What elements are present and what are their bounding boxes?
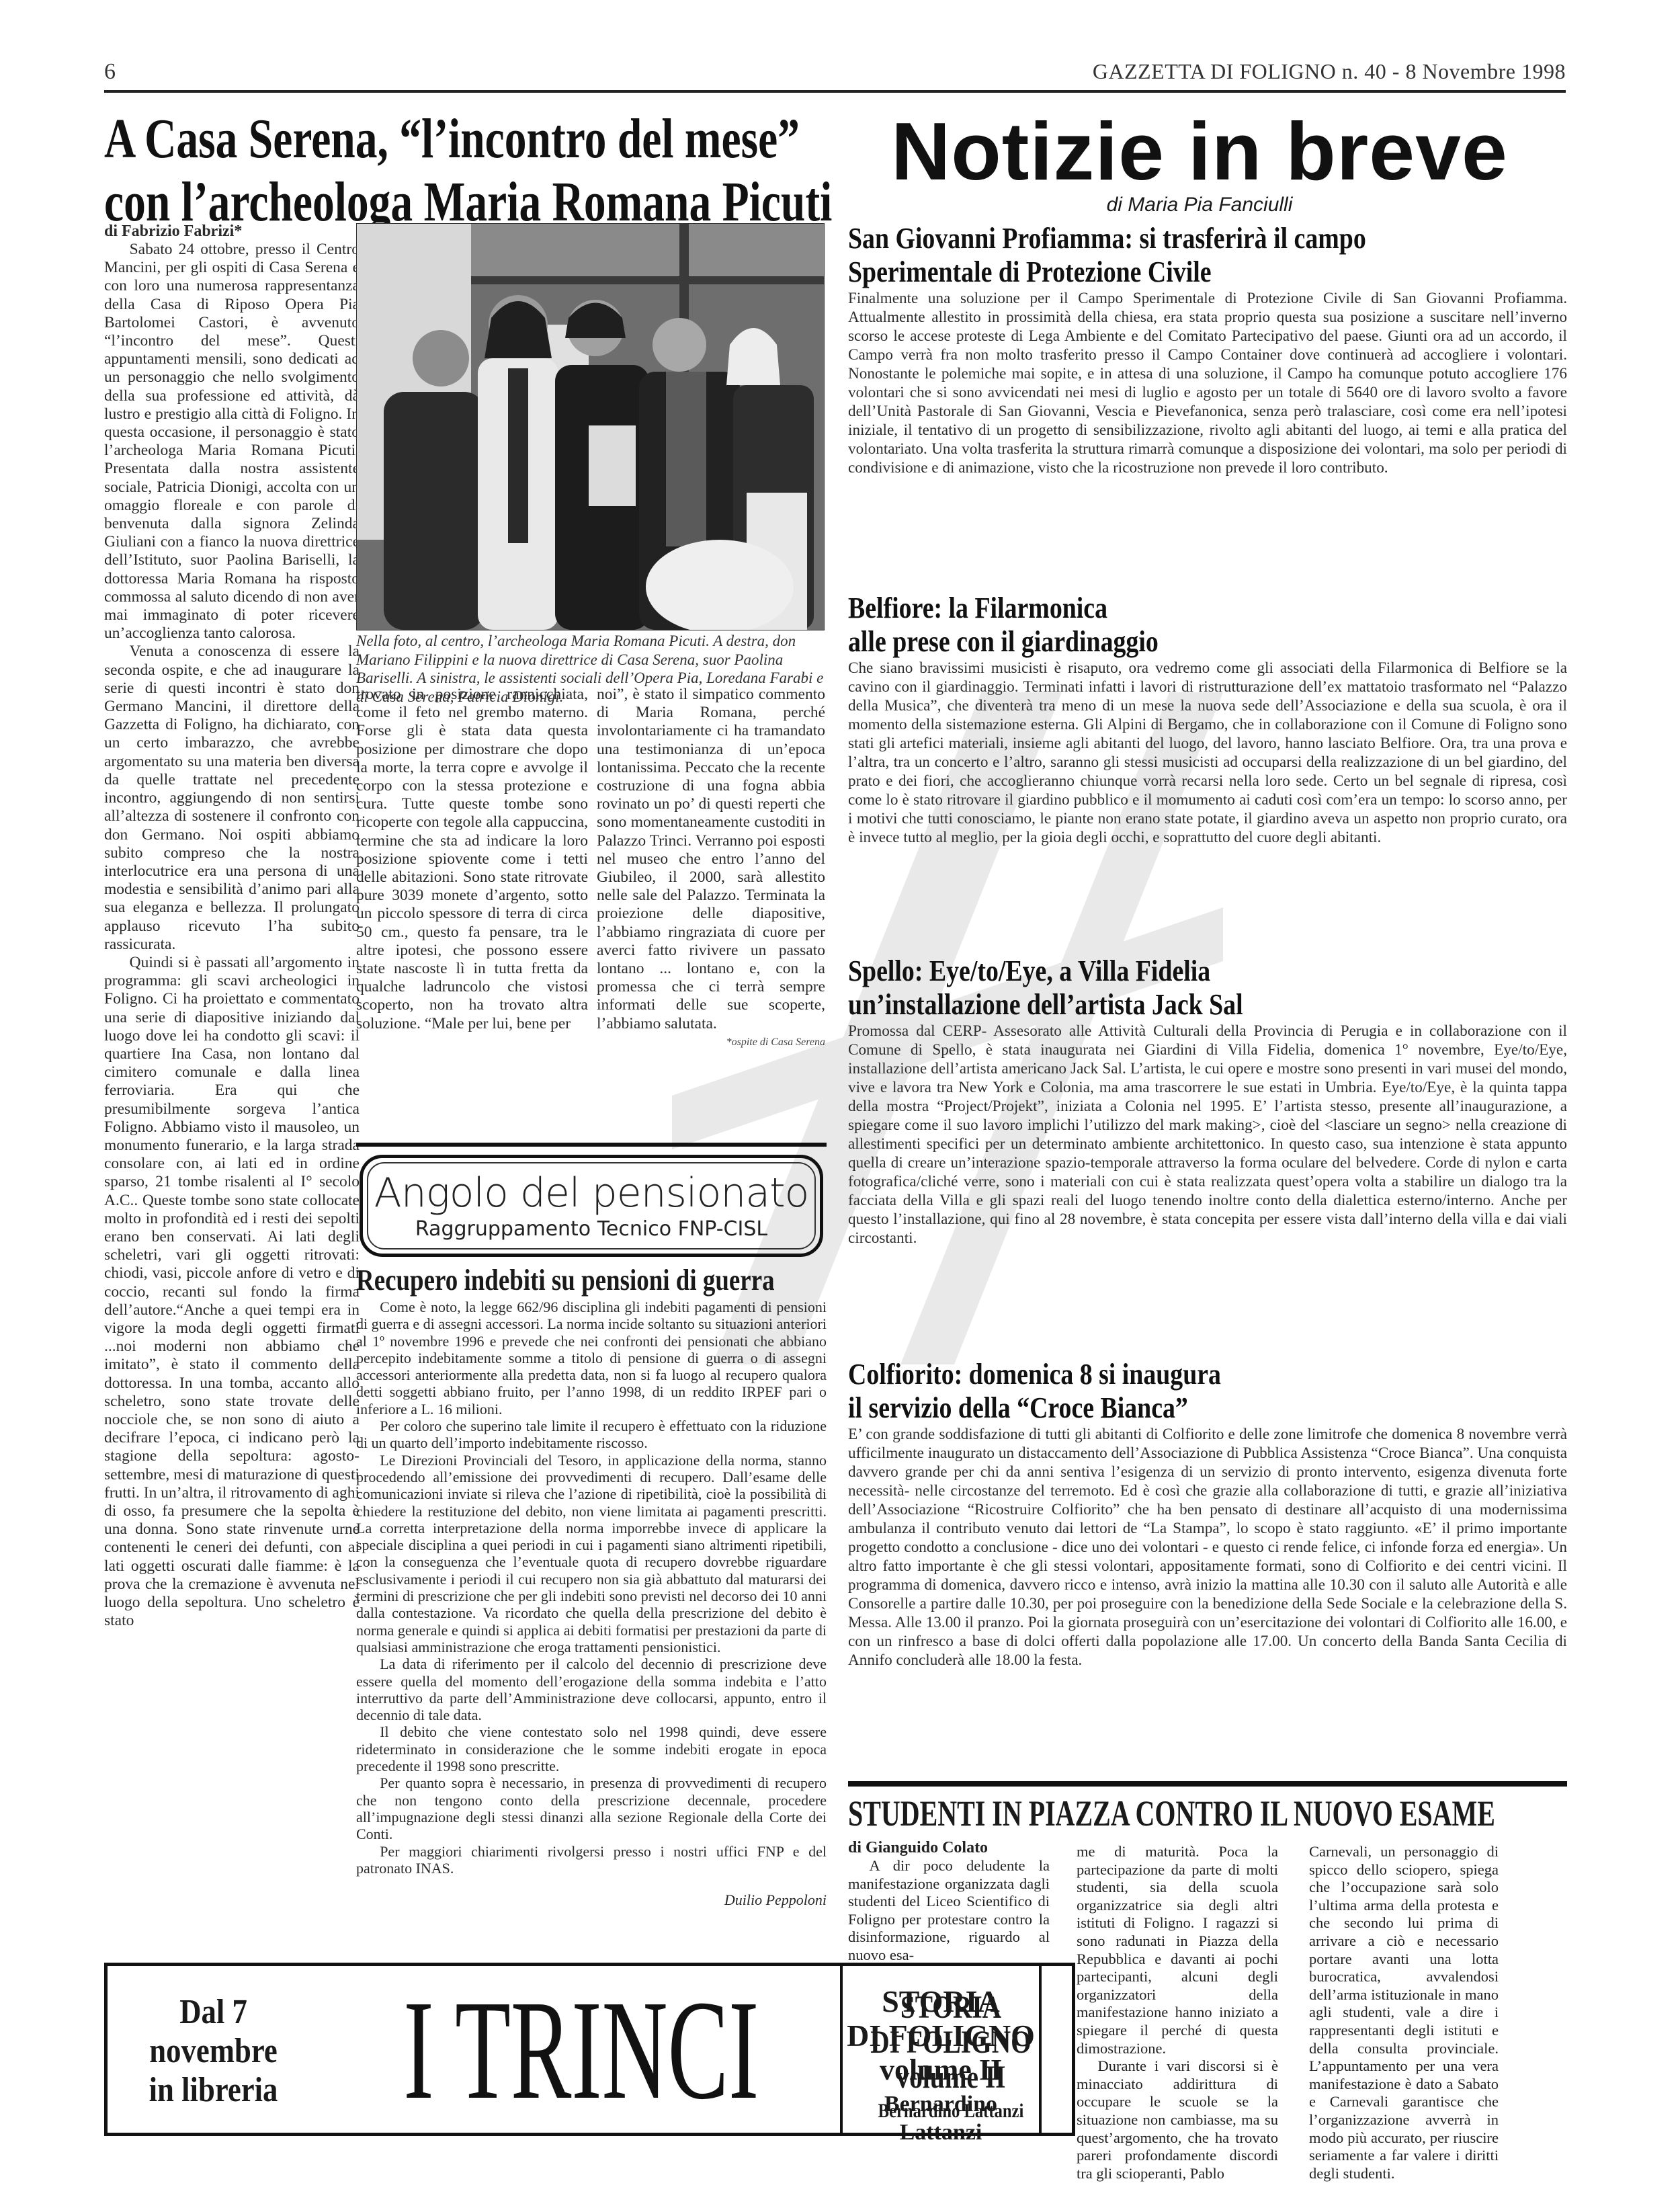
article-paragraph: La data di riferimento per il calcolo de… — [356, 1655, 827, 1723]
article-paragraph: Come è noto, la legge 662/96 disciplina … — [356, 1299, 827, 1418]
news-headline: San Giovanni Profiamma: si trasferirà il… — [848, 222, 1466, 289]
news-item-san-giovanni: San Giovanni Profiamma: si trasferirà il… — [848, 222, 1567, 477]
recupero-headline: Recupero indebiti su pensioni di guerra — [356, 1264, 827, 1297]
article-paragraph: Le Direzioni Provinciali del Tesoro, in … — [356, 1452, 827, 1656]
article-paragraph: Durante i vari discorsi si è minacciato … — [1077, 2057, 1278, 2182]
article-paragraph: Il debito che viene contestato solo nel … — [356, 1723, 827, 1774]
news-headline-line: il servizio della “Croce Bianca” — [848, 1391, 1466, 1425]
news-headline-line: alle prese con il giardinaggio — [848, 625, 1466, 659]
news-body: Che siano bravissimi musicisti è risaput… — [848, 659, 1567, 847]
banner-inner-frame: Angolo del pensionato Raggruppamento Tec… — [367, 1162, 816, 1250]
article-byline: di Gianguido Colato — [848, 1838, 1050, 1857]
ad-release-date: Dal 7 novembre in libreria — [134, 1993, 293, 2110]
headline-line-1: A Casa Serena, “l’incontro del mese” — [104, 108, 830, 171]
ad-line: volume II — [855, 2060, 1048, 2095]
news-body: Promossa dal CERP- Assesorato alle Attiv… — [848, 1022, 1567, 1247]
section-rule — [848, 1781, 1567, 1787]
banner-subtitle: Raggruppamento Tecnico FNP-CISL — [368, 1217, 814, 1241]
news-headline-line: Belfiore: la Filarmonica — [848, 591, 1466, 625]
photo-image-icon — [357, 224, 824, 630]
news-item-spello: Spello: Eye/to/Eye, a Villa Fidelia un’i… — [848, 954, 1567, 1247]
news-headline-line: San Giovanni Profiamma: si trasferirà il… — [848, 222, 1466, 255]
group-photo — [356, 223, 825, 630]
article-paragraph: noi”, è stato il simpatico commento di M… — [597, 686, 825, 1033]
article-signature: Duilio Peppoloni — [356, 1891, 827, 1908]
article-paragraph: Per quanto sopra è necessario, in presen… — [356, 1774, 827, 1842]
notizie-section-title: Notizie in breve — [833, 108, 1566, 195]
article-paragraph: trovato in posizione rannicchiata, come … — [356, 686, 588, 1033]
ad-book-info: STORIA DI FOLIGNO volume II Bernardino L… — [855, 1990, 1048, 2125]
studenti-column-2: me di maturità. Poca la partecipazione d… — [1077, 1843, 1278, 2182]
page-number: 6 — [104, 59, 116, 85]
article-paragraph: Sabato 24 ottobre, presso il Centro Manc… — [104, 241, 360, 643]
recupero-body: Come è noto, la legge 662/96 disciplina … — [356, 1299, 827, 1908]
news-headline-line: Spello: Eye/to/Eye, a Villa Fidelia — [848, 954, 1466, 988]
ad-line: novembre — [134, 2032, 293, 2071]
casa-serena-left-column: di Fabrizio Fabrizi* Sabato 24 ottobre, … — [104, 222, 360, 1630]
article-paragraph: Per maggiori chiarimenti rivolgersi pres… — [356, 1843, 827, 1877]
header-rule — [104, 90, 1566, 93]
studenti-headline: STUDENTI IN PIAZZA CONTRO IL NUOVO ESAME — [848, 1793, 1569, 1834]
ad-line: DI FOLIGNO — [855, 2025, 1048, 2060]
banner-title: Angolo del pensionato — [368, 1169, 814, 1217]
news-body: E’ con grande soddisfazione di tutti gli… — [848, 1425, 1567, 1670]
i-trinci-advertisement: Dal 7 novembre in libreria I TRINCI STOR… — [104, 1963, 1075, 2136]
casa-serena-middle-column-2: noi”, è stato il simpatico commento di M… — [597, 686, 825, 1051]
ad-book-title: I TRINCI — [403, 1973, 739, 2127]
news-headline: Colfiorito: domenica 8 si inaugura il se… — [848, 1358, 1466, 1425]
ad-line: in libreria — [134, 2071, 293, 2110]
news-body: Finalmente una soluzione per il Campo Sp… — [848, 289, 1567, 477]
angolo-pensionato-banner: Angolo del pensionato Raggruppamento Tec… — [360, 1155, 823, 1257]
article-paragraph: Venuta a conoscenza di essere la seconda… — [104, 643, 360, 953]
article-paragraph: Quindi si è passati all’argomento in pro… — [104, 954, 360, 1631]
section-rule — [356, 1143, 827, 1147]
masthead: GAZZETTA DI FOLIGNO n. 40 - 8 Novembre 1… — [1093, 59, 1566, 84]
article-paragraph: A dir poco deludente la manifestazione o… — [848, 1857, 1050, 1965]
casa-serena-middle-column-1: trovato in posizione rannicchiata, come … — [356, 686, 588, 1033]
news-item-belfiore: Belfiore: la Filarmonica alle prese con … — [848, 591, 1567, 847]
news-headline-line: Sperimentale di Protezione Civile — [848, 255, 1466, 289]
article-headline: A Casa Serena, “l’incontro del mese” con… — [104, 108, 830, 234]
notizie-author: di Maria Pia Fanciulli — [833, 194, 1566, 216]
article-paragraph: Per coloro che superino tale limite il r… — [356, 1418, 827, 1452]
studenti-column-1: di Gianguido Colato A dir poco deludente… — [848, 1838, 1050, 1965]
studenti-column-3: Carnevali, un personaggio di spicco dell… — [1309, 1843, 1499, 2182]
ad-line: Dal 7 — [134, 1993, 293, 2032]
article-paragraph: Carnevali, un personaggio di spicco dell… — [1309, 1843, 1499, 2182]
ad-line: STORIA — [855, 1990, 1048, 2025]
news-headline: Belfiore: la Filarmonica alle prese con … — [848, 591, 1466, 659]
news-item-colfiorito: Colfiorito: domenica 8 si inaugura il se… — [848, 1358, 1567, 1670]
ad-author: Bernardino Lattanzi — [855, 2098, 1048, 2125]
news-headline-line: Colfiorito: domenica 8 si inaugura — [848, 1358, 1466, 1391]
news-headline-line: un’installazione dell’artista Jack Sal — [848, 988, 1466, 1022]
article-byline: di Fabrizio Fabrizi* — [104, 222, 360, 241]
article-paragraph: me di maturità. Poca la partecipazione d… — [1077, 1843, 1278, 2057]
footnote: *ospite di Casa Serena — [597, 1033, 825, 1051]
news-headline: Spello: Eye/to/Eye, a Villa Fidelia un’i… — [848, 954, 1466, 1022]
